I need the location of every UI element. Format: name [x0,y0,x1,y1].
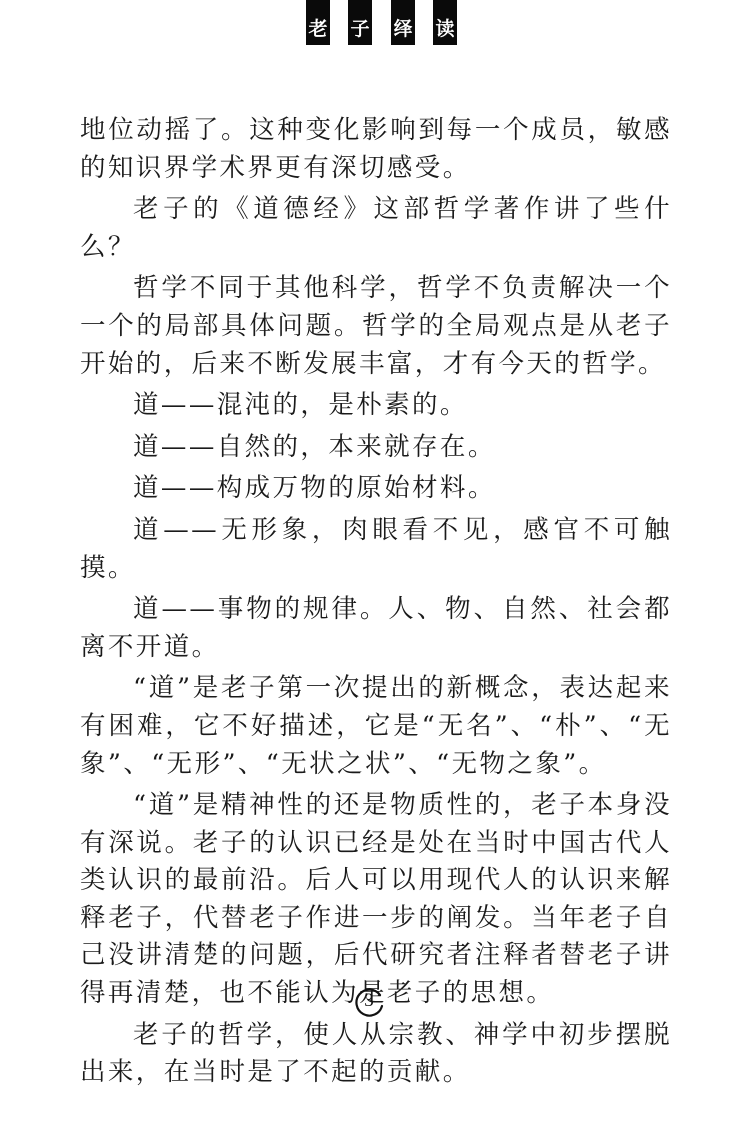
paragraph: “道”是精神性的还是物质性的，老子本身没有深说。老子的认识已经是处在当时中国古代… [80,787,672,1013]
header-char: 子 [348,20,372,39]
dao-definition: 道——自然的，本来就存在。 [80,429,672,467]
paragraph-continued: 地位动摇了。这种变化影响到每一个成员，敏感的知识界学术界更有深切感受。 [80,112,672,187]
paragraph: 老子的哲学，使人从宗教、神学中初步摆脱出来，在当时是了不起的贡献。 [80,1017,672,1092]
running-header: 老 子 绎 读 [0,0,746,50]
header-block-4: 读 [433,0,457,45]
header-block-2: 子 [348,0,372,45]
dao-definition: 道——事物的规律。人、物、自然、社会都离不开道。 [80,591,672,666]
page-number: 3 [353,986,385,1018]
header-char: 读 [433,20,457,39]
header-char: 老 [306,20,330,39]
header-block-1: 老 [306,0,330,45]
dao-definition: 道——无形象，肉眼看不见，感官不可触摸。 [80,512,672,587]
paragraph: “道”是老子第一次提出的新概念，表达起来有困难，它不好描述，它是“无名”、“朴”… [80,670,672,783]
page-number-text: 3 [353,991,385,1011]
paragraph-question: 老子的《道德经》这部哲学著作讲了些什么？ [80,191,672,266]
header-block-3: 绎 [391,0,415,45]
paragraph: 哲学不同于其他科学，哲学不负责解决一个一个的局部具体问题。哲学的全局观点是从老子… [80,270,672,383]
dao-definition: 道——混沌的，是朴素的。 [80,387,672,425]
header-char: 绎 [391,20,415,39]
page-body: 地位动摇了。这种变化影响到每一个成员，敏感的知识界学术界更有深切感受。 老子的《… [80,112,672,1096]
dao-definition: 道——构成万物的原始材料。 [80,470,672,508]
